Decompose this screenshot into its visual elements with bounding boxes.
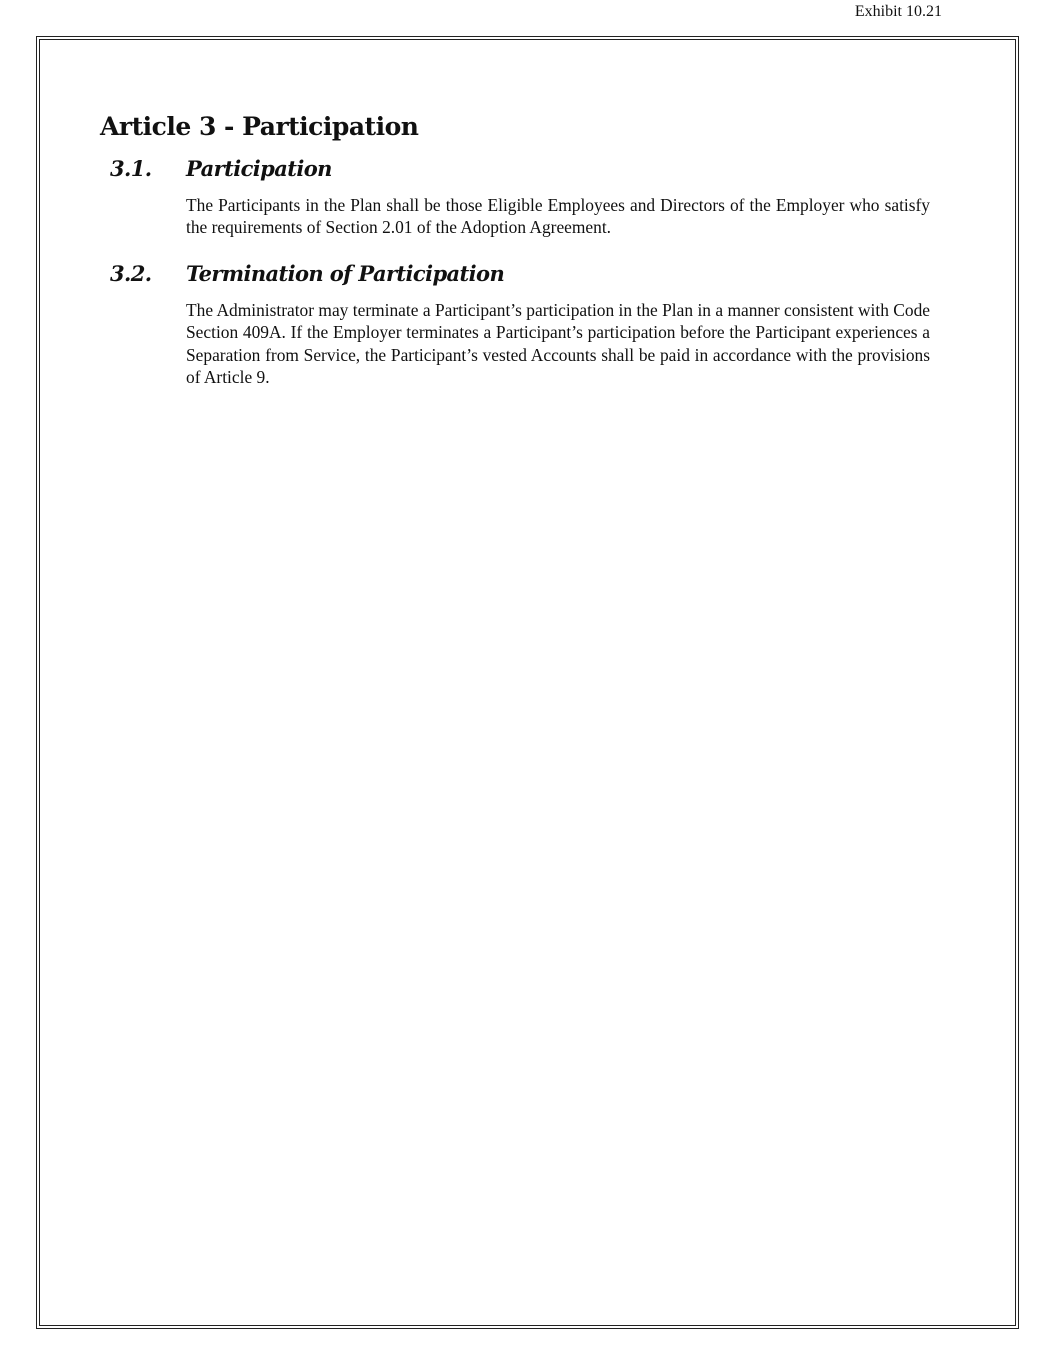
section-number: 3.1. [110,156,151,181]
exhibit-label: Exhibit 10.21 [820,1,942,23]
section-body-3-1: The Participants in the Plan shall be th… [186,194,930,239]
section-body-3-2: The Administrator may terminate a Partic… [186,299,930,388]
section-title: Termination of Participation [186,261,504,286]
article-title: Article 3 - Participation [100,112,418,141]
section-number: 3.2. [110,261,151,286]
section-title: Participation [186,156,332,181]
